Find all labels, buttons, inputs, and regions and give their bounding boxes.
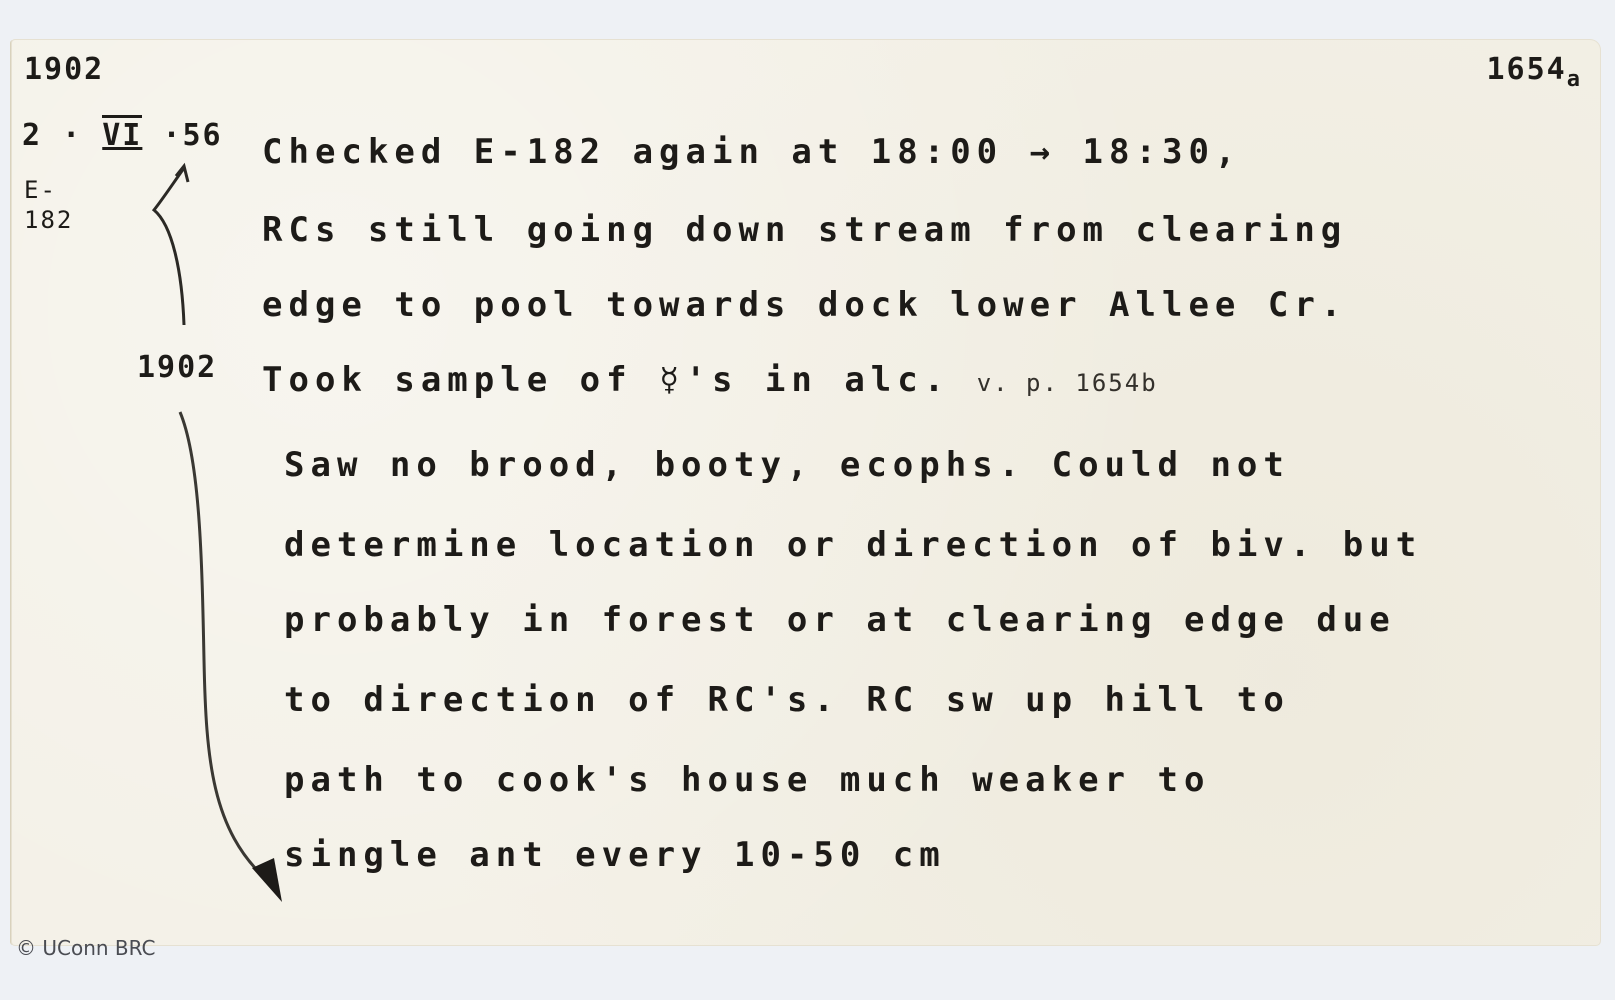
- date-month: VI: [102, 115, 142, 153]
- note-line-5: Saw no brood, booty, ecophs. Could not: [284, 445, 1290, 485]
- note-line-4: Took sample of ☿'s in alc. v. p. 1654b: [262, 360, 1158, 400]
- note-line-1: Checked E-182 again at 18:00 → 18:30,: [262, 132, 1241, 172]
- card-page-number: 1654a: [1487, 52, 1583, 92]
- note-line-10: single ant every 10-50 cm: [284, 835, 946, 875]
- cross-reference: v. p. 1654b: [977, 369, 1158, 397]
- note-line-8: to direction of RC's. RC sw up hill to: [284, 680, 1290, 720]
- note-line-7: probably in forest or at clearing edge d…: [284, 600, 1396, 640]
- second-entry-time: 1902: [137, 350, 217, 385]
- annotation-arrows: [12, 40, 1600, 945]
- note-line-9: path to cook's house much weaker to: [284, 760, 1210, 800]
- page-number: 1654: [1487, 52, 1567, 87]
- date-day: 2: [22, 118, 42, 153]
- note-line-4-text: Took sample of ☿'s in alc.: [262, 360, 950, 400]
- copyright-credit: © UConn BRC: [16, 936, 156, 960]
- date-year: 56: [183, 118, 223, 153]
- card-number-left: 1902: [24, 52, 104, 87]
- site-label: E- 182: [24, 175, 73, 235]
- field-note-card: 1902 1654a 2 · VI ·56 E- 182 1902 Checke…: [12, 40, 1600, 945]
- note-line-3: edge to pool towards dock lower Allee Cr…: [262, 285, 1347, 325]
- note-line-6: determine location or direction of biv. …: [284, 525, 1422, 565]
- note-line-2: RCs still going down stream from clearin…: [262, 210, 1347, 250]
- page-suffix: a: [1567, 67, 1582, 92]
- entry-date: 2 · VI ·56: [22, 118, 223, 153]
